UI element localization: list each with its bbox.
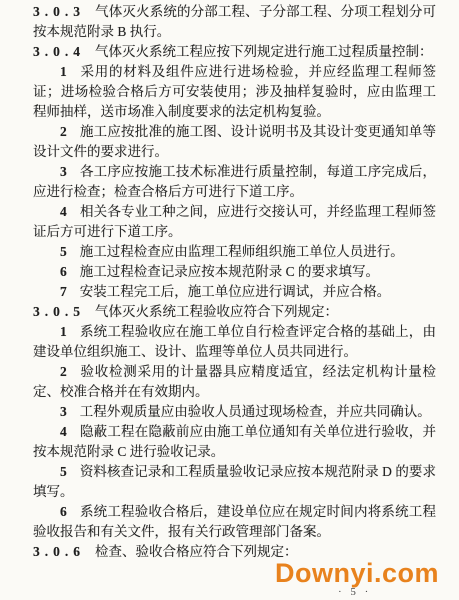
clause-number: 3.0.5 [33,304,85,319]
item-text: 施工过程检查记录应按本规范附录 C 的要求填写。 [80,264,379,279]
item-text: 相关各专业工种之间，应进行交接认可，并经监理工程师签证后方可进行下道工序。 [33,204,436,239]
item-number: 6 [60,504,67,519]
item-number: 6 [60,264,67,279]
clause-3-0-5-item-2: 2验收检测采用的计量器具应精度适宜，经法定机构计量检定、校准合格并在有效期内。 [33,362,436,402]
item-text: 安装工程完工后，施工单位应进行调试，并应合格。 [80,284,391,299]
clause-text: 气体灭火系统工程应按下列规定进行施工过程质量控制： [95,44,433,59]
page-number: · 5 · [338,586,371,598]
clause-3-0-4-item-2: 2施工应按批准的施工图、设计说明书及其设计变更通知单等设计文件的要求进行。 [33,122,436,162]
document-text-block: 3.0.3气体灭火系统的分部工程、子分部工程、分项工程划分可按本规范附录 B 执… [33,2,436,562]
downyi-watermark: Downyi.com [275,560,439,587]
item-text: 资料核查记录和工程质量验收记录应按本规范附录 D 的要求填写。 [33,464,436,499]
clause-3-0-5-item-3: 3工程外观质量应由验收人员通过现场检查，并应共同确认。 [33,402,436,422]
item-text: 系统工程验收合格后，建设单位应在规定时间内将系统工程验收报告和有关文件，报有关行… [33,504,436,539]
scanned-document-page: 3.0.3气体灭火系统的分部工程、子分部工程、分项工程划分可按本规范附录 B 执… [0,0,459,600]
clause-text: 检查、验收合格应符合下列规定： [95,544,298,559]
item-number: 7 [60,284,67,299]
clause-3-0-4-item-7: 7安装工程完工后，施工单位应进行调试，并应合格。 [33,282,436,302]
clause-3-0-4-item-4: 4相关各专业工种之间，应进行交接认可，并经监理工程师签证后方可进行下道工序。 [33,202,436,242]
clause-number: 3.0.4 [33,44,85,59]
item-number: 2 [60,124,67,139]
clause-number: 3.0.3 [33,4,85,19]
clause-number: 3.0.6 [33,544,85,559]
item-text: 隐蔽工程在隐蔽前应由施工单位通知有关单位进行验收，并按本规范附录 C 进行验收记… [33,424,436,459]
clause-3-0-5: 3.0.5气体灭火系统工程验收应符合下列规定： [33,302,436,322]
clause-3-0-4: 3.0.4气体灭火系统工程应按下列规定进行施工过程质量控制： [33,42,436,62]
item-number: 3 [60,404,67,419]
clause-3-0-4-item-3: 3各工序应按施工技术标准进行质量控制，每道工序完成后，应进行检查；检查合格后方可… [33,162,436,202]
item-text: 施工过程检查应由监理工程师组织施工单位人员进行。 [80,244,404,259]
item-text: 工程外观质量应由验收人员通过现场检查，并应共同确认。 [80,404,431,419]
item-number: 4 [60,204,67,219]
item-number: 5 [60,464,67,479]
clause-3-0-5-item-1: 1系统工程验收应在施工单位自行检查评定合格的基础上，由建设单位组织施工、设计、监… [33,322,436,362]
item-text: 各工序应按施工技术标准进行质量控制，每道工序完成后，应进行检查；检查合格后方可进… [33,164,436,199]
item-text: 施工应按批准的施工图、设计说明书及其设计变更通知单等设计文件的要求进行。 [33,124,436,159]
clause-3-0-4-item-5: 5施工过程检查应由监理工程师组织施工单位人员进行。 [33,242,436,262]
clause-3-0-5-item-4: 4隐蔽工程在隐蔽前应由施工单位通知有关单位进行验收，并按本规范附录 C 进行验收… [33,422,436,462]
item-number: 1 [60,64,67,79]
item-number: 3 [60,164,67,179]
clause-3-0-5-item-6: 6系统工程验收合格后，建设单位应在规定时间内将系统工程验收报告和有关文件，报有关… [33,502,436,542]
clause-text: 气体灭火系统的分部工程、子分部工程、分项工程划分可按本规范附录 B 执行。 [33,4,436,39]
clause-text: 气体灭火系统工程验收应符合下列规定： [95,304,338,319]
item-number: 5 [60,244,67,259]
item-number: 1 [60,324,67,339]
clause-3-0-5-item-5: 5资料核查记录和工程质量验收记录应按本规范附录 D 的要求填写。 [33,462,436,502]
item-text: 系统工程验收应在施工单位自行检查评定合格的基础上，由建设单位组织施工、设计、监理… [33,324,436,359]
clause-3-0-4-item-1: 1采用的材料及组件应进行进场检验，并应经监理工程师签证；进场检验合格后方可安装使… [33,62,436,122]
clause-3-0-4-item-6: 6施工过程检查记录应按本规范附录 C 的要求填写。 [33,262,436,282]
item-text: 验收检测采用的计量器具应精度适宜，经法定机构计量检定、校准合格并在有效期内。 [33,364,436,399]
clause-3-0-3: 3.0.3气体灭火系统的分部工程、子分部工程、分项工程划分可按本规范附录 B 执… [33,2,436,42]
item-text: 采用的材料及组件应进行进场检验，并应经监理工程师签证；进场检验合格后方可安装使用… [33,64,436,119]
item-number: 4 [60,424,67,439]
item-number: 2 [60,364,67,379]
